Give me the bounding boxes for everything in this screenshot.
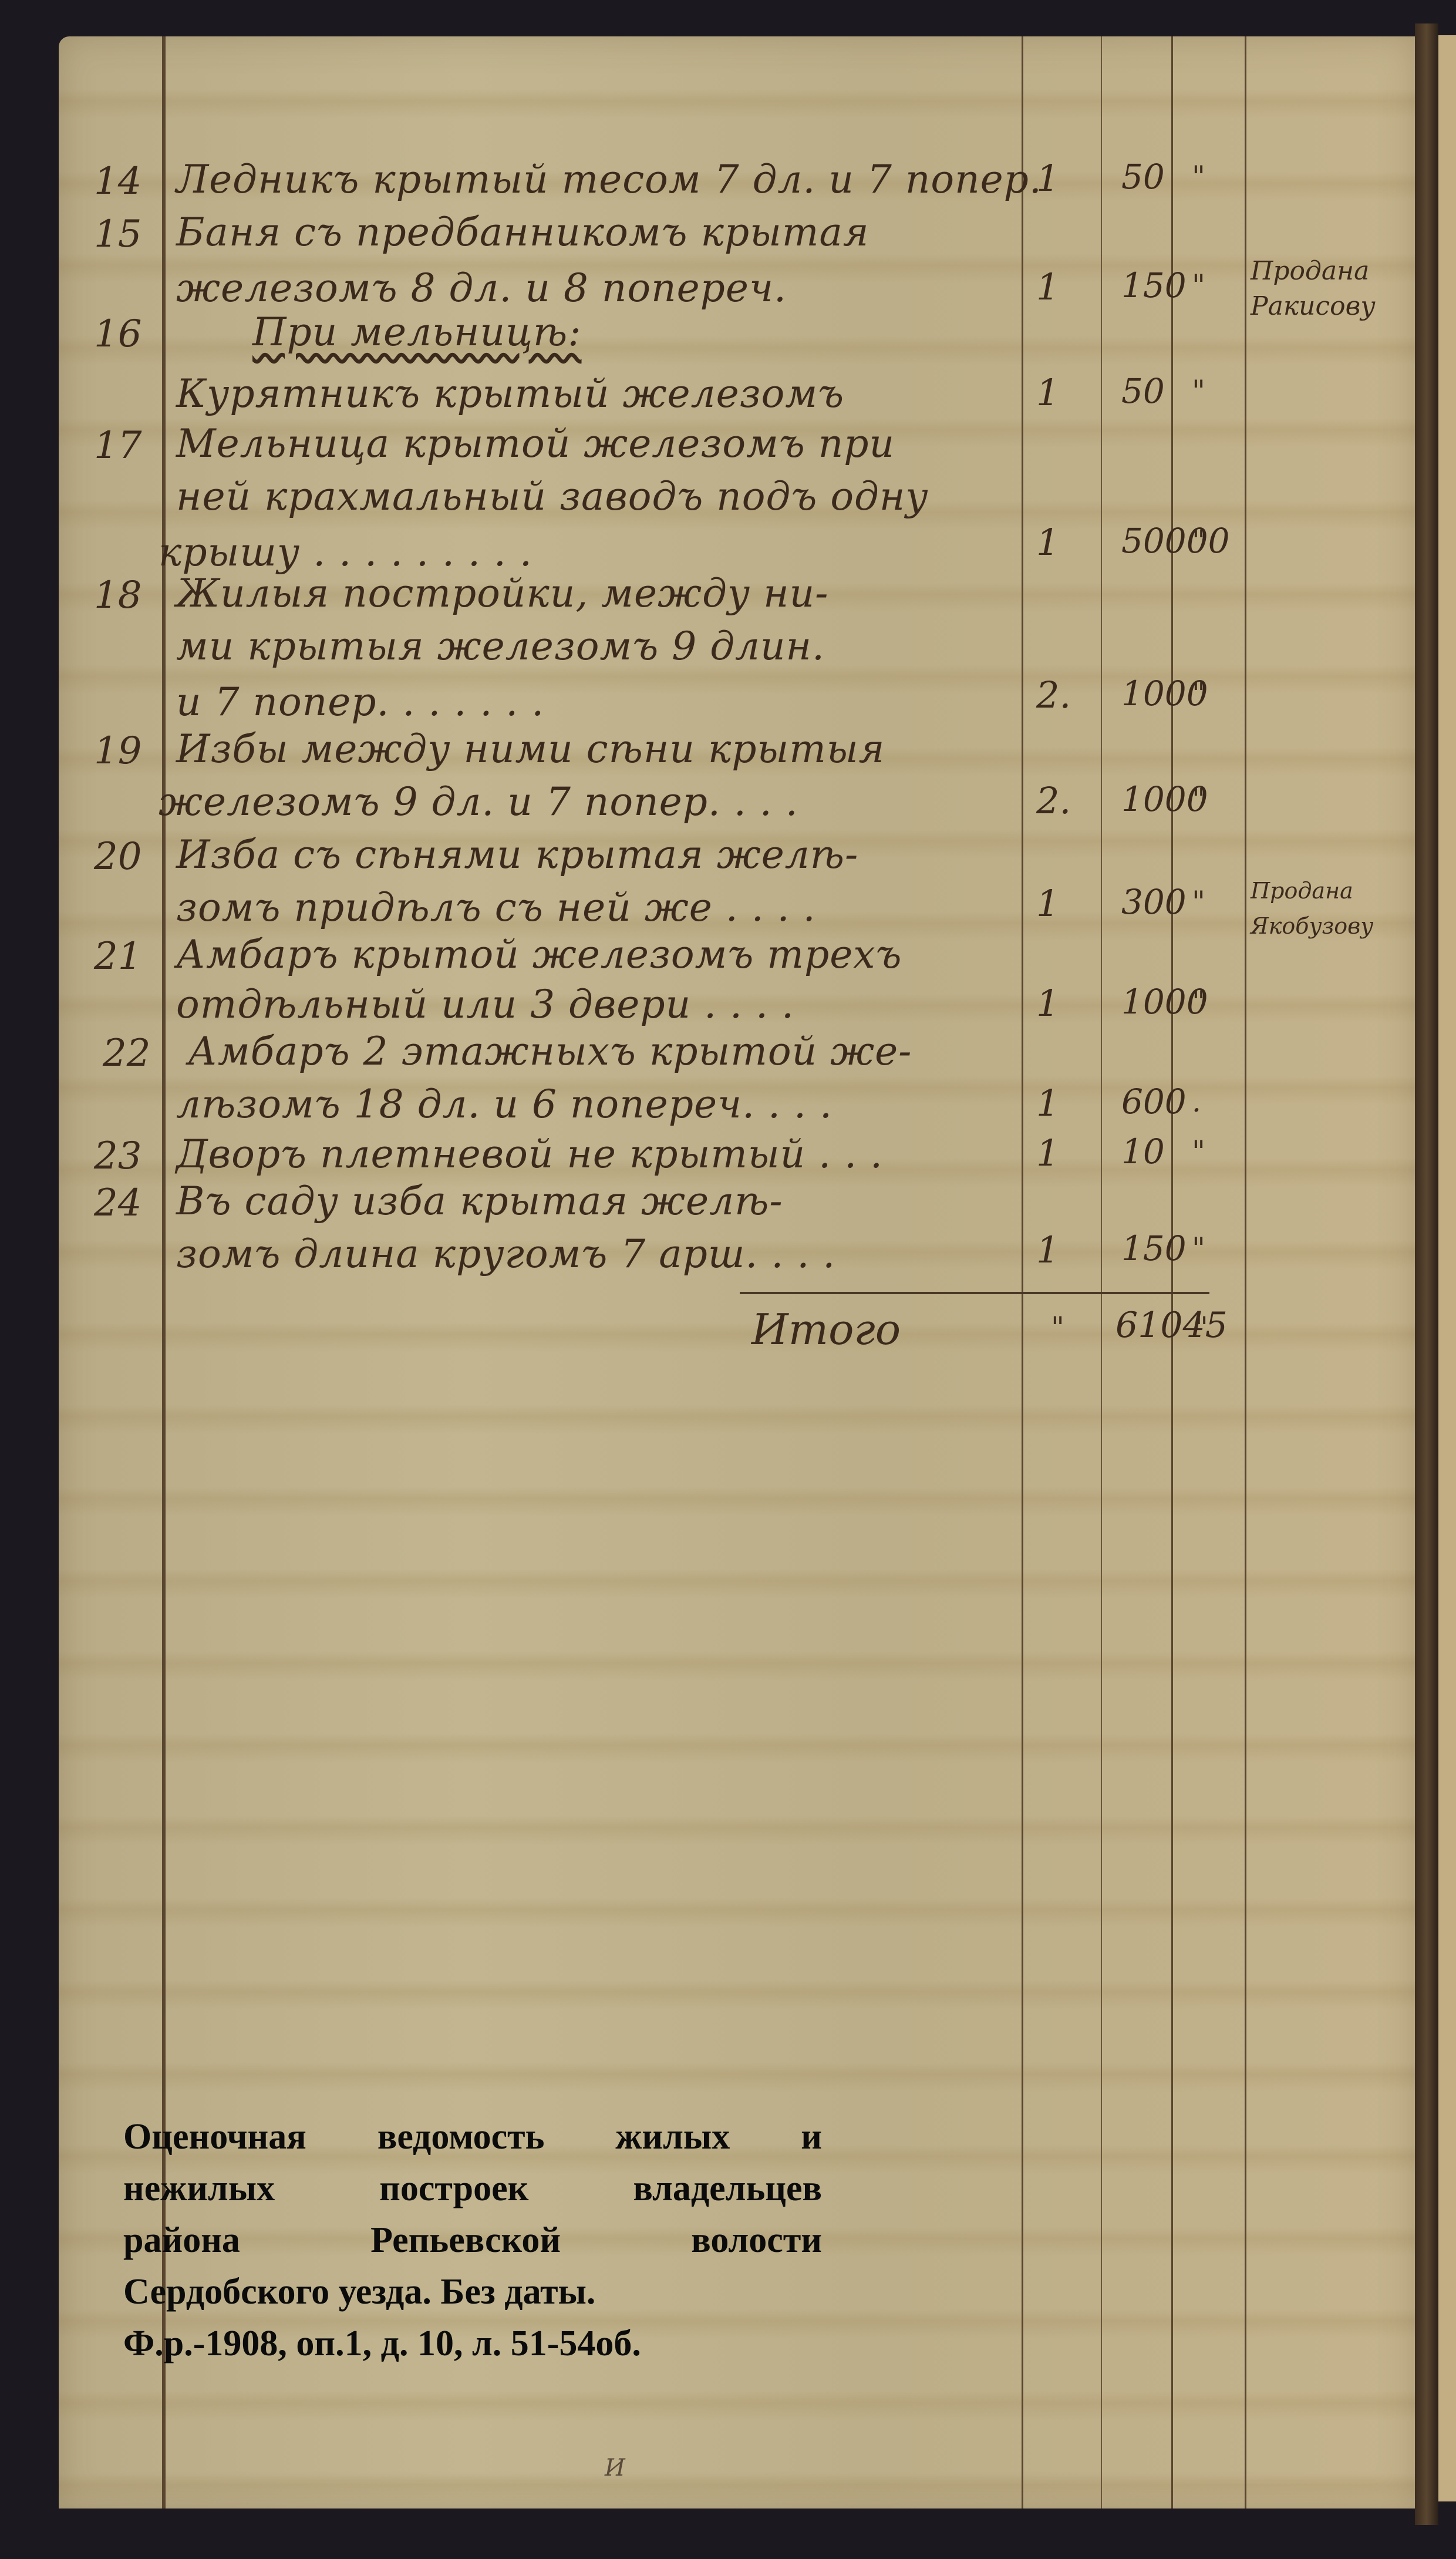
archive-caption: Оценочная ведомость жилых и нежилых пост… xyxy=(123,2111,822,2369)
row-value: 600 xyxy=(1121,1082,1187,1122)
row-note: Продана Ракисову xyxy=(1251,254,1438,324)
adjacent-page: НЪ Н Плуг Барол Сохт Теле Дров Тел рос Н… xyxy=(1438,35,1456,2501)
row-number: 15 xyxy=(94,213,141,256)
total-value: 61045 xyxy=(1115,1305,1228,1346)
row-unit: " xyxy=(1192,985,1205,1019)
total-underline xyxy=(740,1292,1209,1294)
row-number: 23 xyxy=(94,1134,141,1178)
row-qty: 2. xyxy=(1036,779,1071,822)
row-number: 21 xyxy=(94,935,141,978)
book-spine xyxy=(1415,23,1438,2525)
row-qty: 1 xyxy=(1036,1228,1059,1271)
row-description: Изба съ сѣнями крытая желѣ- xyxy=(176,832,858,877)
row-qty: 1 xyxy=(1036,1082,1059,1124)
row-number: 14 xyxy=(94,160,141,203)
row-value: 150 xyxy=(1121,1228,1187,1268)
row-description: и 7 попер. . . . . . . xyxy=(176,679,544,725)
row-description: зомъ длина кругомъ 7 арш. . . . xyxy=(176,1231,835,1277)
row-description: лѣзомъ 18 дл. и 6 попереч. . . . xyxy=(176,1082,833,1127)
row-unit: . xyxy=(1192,1085,1201,1119)
caption-line: Ф.р.-1908, оп.1, д. 10, л. 51-54об. xyxy=(123,2318,822,2369)
row-unit: " xyxy=(1192,885,1205,919)
row-description: Амбаръ крытой железомъ трехъ xyxy=(176,932,902,977)
row-number: 20 xyxy=(94,835,141,878)
row-description: крышу . . . . . . . . . xyxy=(159,530,532,575)
row-qty: 2. xyxy=(1036,674,1071,716)
column-line-kop xyxy=(1171,36,1173,2509)
column-line-notes xyxy=(1245,36,1246,2509)
row-value: 300 xyxy=(1121,882,1187,922)
row-value: 50000 xyxy=(1121,521,1230,561)
caption-line: Сердобского уезда. Без даты. xyxy=(123,2266,822,2318)
row-description: Въ саду изба крытая желѣ- xyxy=(176,1179,783,1224)
column-line-value xyxy=(1101,36,1102,2509)
pencil-mark: И xyxy=(605,2454,625,2481)
row-number: 22 xyxy=(103,1032,150,1075)
row-qty: 1 xyxy=(1036,521,1059,564)
row-description: железомъ 9 дл. и 7 попер. . . . xyxy=(159,779,798,824)
row-description: Дворъ плетневой не крытый . . . xyxy=(176,1132,883,1177)
row-number: 19 xyxy=(94,729,141,773)
row-number: 24 xyxy=(94,1181,141,1225)
total-label: Итого xyxy=(751,1305,901,1354)
row-qty: 1 xyxy=(1036,157,1059,200)
row-unit: " xyxy=(1192,160,1205,194)
caption-line: района Репьевской волости xyxy=(123,2214,822,2266)
row-number: 18 xyxy=(94,574,141,617)
row-value: 10 xyxy=(1121,1132,1165,1171)
total-unit: " xyxy=(1195,1311,1208,1345)
row-value: 50 xyxy=(1121,157,1165,197)
caption-line: нежилых построек владельцев xyxy=(123,2163,822,2214)
caption-line: Оценочная ведомость жилых и xyxy=(123,2111,822,2163)
row-value: 50 xyxy=(1121,371,1165,411)
row-unit: " xyxy=(1192,1134,1205,1169)
row-unit: " xyxy=(1192,1231,1205,1265)
section-heading: При мельницѣ: xyxy=(252,309,582,355)
row-unit: " xyxy=(1192,268,1205,302)
row-description: отдѣльный или 3 двери . . . . xyxy=(176,982,794,1027)
row-note: Продана Якобузову xyxy=(1251,873,1438,944)
row-unit: " xyxy=(1192,374,1205,408)
total-qty: " xyxy=(1051,1311,1064,1345)
row-qty: 1 xyxy=(1036,265,1059,308)
row-description: Жилыя постройки, между ни- xyxy=(176,571,828,616)
row-unit: " xyxy=(1192,676,1205,711)
row-description: зомъ придѣлъ съ ней же . . . . xyxy=(176,885,816,930)
row-description: железомъ 8 дл. и 8 попереч. xyxy=(176,265,787,311)
row-value: 150 xyxy=(1121,265,1187,305)
row-unit: " xyxy=(1192,782,1205,816)
row-description: Мельница крытой железомъ при xyxy=(176,421,895,466)
row-description: Ледникъ крытый тесом 7 дл. и 7 попер. xyxy=(176,157,1042,202)
row-qty: 1 xyxy=(1036,882,1059,925)
row-description: ней крахмальный заводъ подъ одну xyxy=(176,474,929,519)
column-line-qty xyxy=(1022,36,1023,2509)
row-description: Амбаръ 2 этажныхъ крытой же- xyxy=(188,1029,912,1074)
row-qty: 1 xyxy=(1036,1132,1059,1174)
row-description: Баня съ предбанникомъ крытая xyxy=(176,210,869,255)
row-description: Курятникъ крытый железомъ xyxy=(176,371,844,416)
row-number: 17 xyxy=(94,424,141,467)
row-unit: " xyxy=(1192,524,1205,558)
row-number: 16 xyxy=(94,312,141,356)
row-description: ми крытыя железомъ 9 длин. xyxy=(176,624,825,669)
row-qty: 1 xyxy=(1036,371,1059,414)
row-description: Избы между ними сѣни крытыя xyxy=(176,726,885,772)
row-qty: 1 xyxy=(1036,982,1059,1025)
